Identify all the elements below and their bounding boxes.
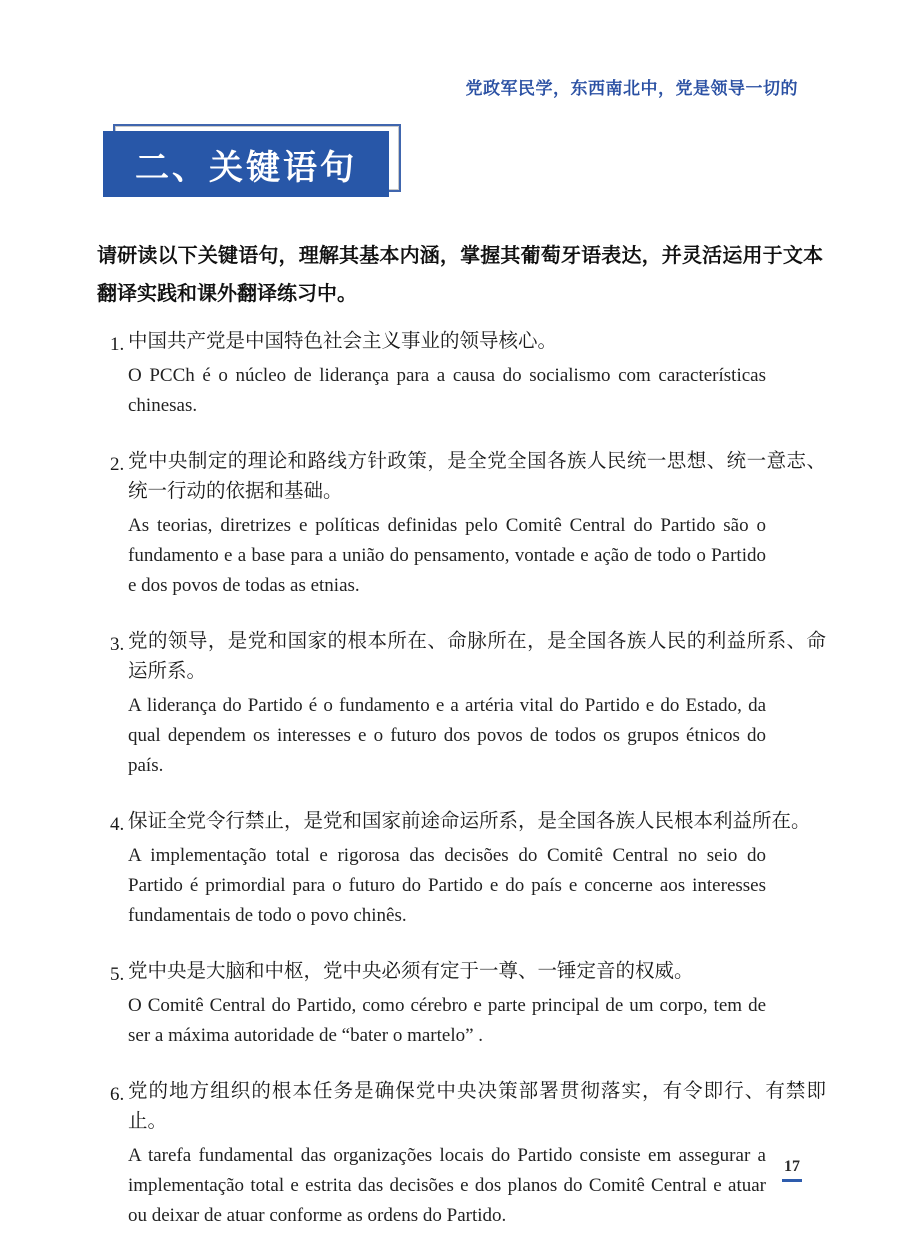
page-header-slogan: 党政军民学，东西南北中，党是领导一切的	[466, 74, 799, 99]
portuguese-translation: As teorias, diretrizes e políticas defin…	[128, 511, 766, 601]
chinese-sentence: 保证全党令行禁止，是党和国家前途命运所系，是全国各族人民根本利益所在。	[128, 807, 826, 837]
section-title-box: 二、关键语句	[103, 131, 389, 197]
item-number: 3.	[110, 630, 124, 660]
item-number: 6.	[110, 1080, 124, 1110]
chinese-sentence: 党中央制定的理论和路线方针政策，是全党全国各族人民统一思想、统一意志、统一行动的…	[128, 447, 826, 507]
portuguese-translation: O Comitê Central do Partido, como cérebr…	[128, 991, 766, 1051]
chinese-sentence: 党的地方组织的根本任务是确保党中央决策部署贯彻落实，有令即行、有禁即止。	[128, 1077, 826, 1137]
chinese-sentence: 中国共产党是中国特色社会主义事业的领导核心。	[128, 327, 826, 357]
list-item: 5. 党中央是大脑和中枢，党中央必须有定于一尊、一锤定音的权威。 O Comit…	[110, 957, 826, 1051]
page-number: 17	[782, 1158, 802, 1182]
item-number: 4.	[110, 810, 124, 840]
list-item: 6. 党的地方组织的根本任务是确保党中央决策部署贯彻落实，有令即行、有禁即止。 …	[110, 1077, 826, 1231]
book-page: 党政军民学，东西南北中，党是领导一切的 二、关键语句 请研读以下关键语句，理解其…	[0, 0, 900, 1254]
item-number: 1.	[110, 330, 124, 360]
portuguese-translation: O PCCh é o núcleo de liderança para a ca…	[128, 361, 766, 421]
list-item: 3. 党的领导，是党和国家的根本所在、命脉所在，是全国各族人民的利益所系、命运所…	[110, 627, 826, 781]
list-item: 2. 党中央制定的理论和路线方针政策，是全党全国各族人民统一思想、统一意志、统一…	[110, 447, 826, 601]
item-number: 5.	[110, 960, 124, 990]
item-number: 2.	[110, 450, 124, 480]
chinese-sentence: 党中央是大脑和中枢，党中央必须有定于一尊、一锤定音的权威。	[128, 957, 826, 987]
list-item: 4. 保证全党令行禁止，是党和国家前途命运所系，是全国各族人民根本利益所在。 A…	[110, 807, 826, 931]
section-title-banner: 二、关键语句	[103, 124, 403, 202]
portuguese-translation: A liderança do Partido é o fundamento e …	[128, 691, 766, 781]
portuguese-translation: A implementação total e rigorosa das dec…	[128, 841, 766, 931]
list-item: 1. 中国共产党是中国特色社会主义事业的领导核心。 O PCCh é o núc…	[110, 327, 826, 421]
portuguese-translation: A tarefa fundamental das organizações lo…	[128, 1141, 766, 1231]
intro-paragraph: 请研读以下关键语句，理解其基本内涵，掌握其葡萄牙语表达，并灵活运用于文本翻译实践…	[97, 237, 823, 313]
chinese-sentence: 党的领导，是党和国家的根本所在、命脉所在，是全国各族人民的利益所系、命运所系。	[128, 627, 826, 687]
section-title: 二、关键语句	[135, 140, 357, 189]
key-sentences-list: 1. 中国共产党是中国特色社会主义事业的领导核心。 O PCCh é o núc…	[110, 327, 826, 1254]
